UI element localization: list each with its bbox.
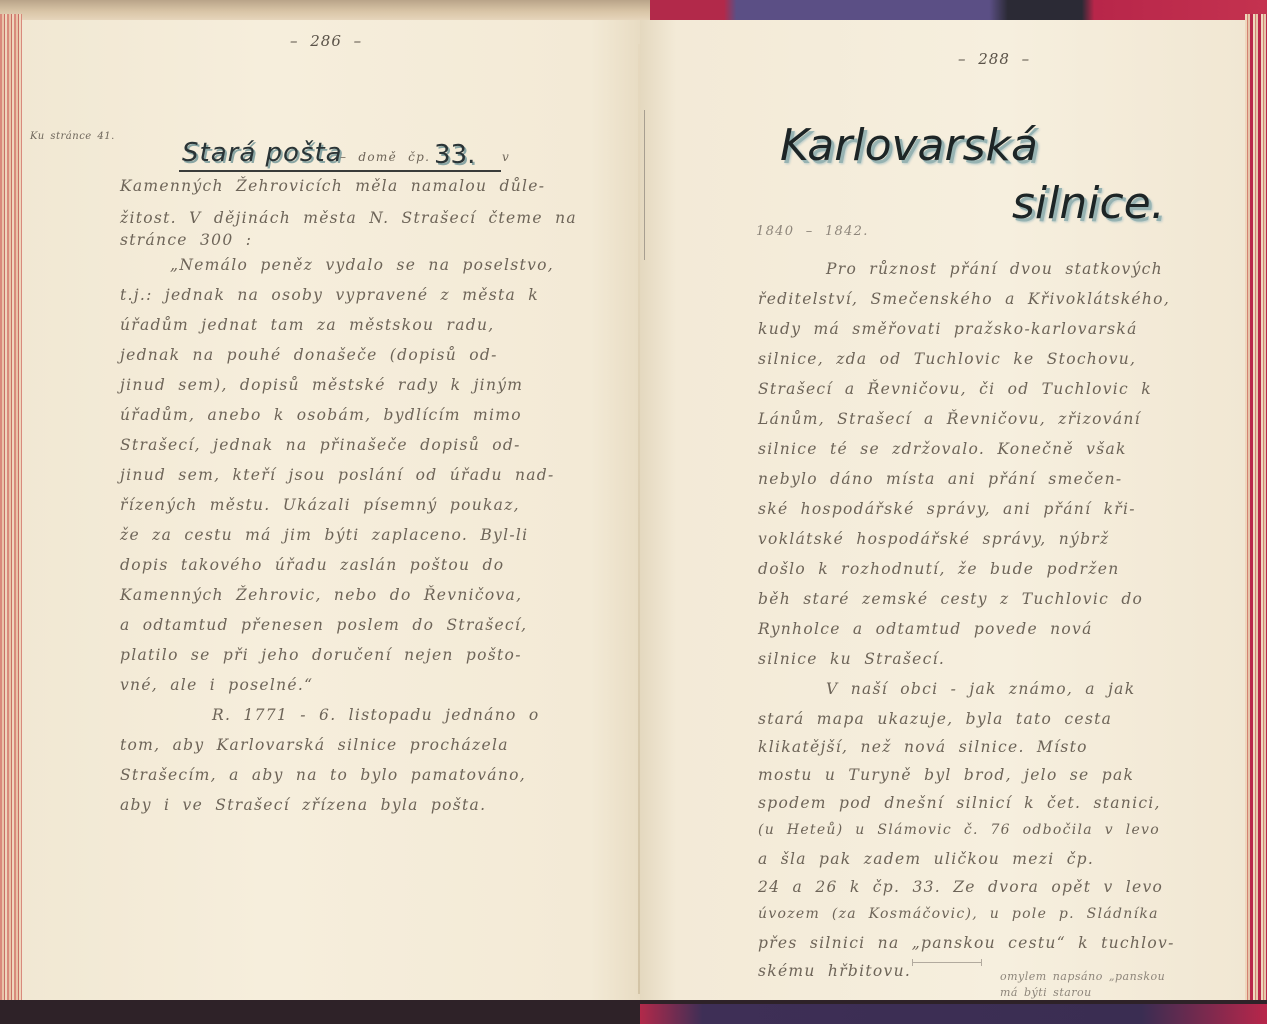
text-line: klikatější, než nová silnice. Místo — [758, 738, 1088, 756]
text-line: stará mapa ukazuje, byla tato cesta — [758, 710, 1112, 728]
page-stack-left — [0, 14, 22, 1004]
text-line: skému hřbitovu. — [758, 962, 911, 980]
text-line: aby i ve Strašecí zřízena byla pošta. — [120, 796, 486, 814]
pencil-reference-bracket — [912, 962, 982, 963]
text-line: a odtamtud přenesen poslem do Strašecí, — [120, 616, 527, 634]
text-line: „Nemálo peněz vydalo se na poselstvo, — [170, 256, 554, 274]
text-line: V naší obci - jak známo, a jak — [826, 680, 1135, 698]
text-line: došlo k rozhodnutí, že bude podržen — [758, 560, 1120, 578]
text-line: vné, ale i poselné.“ — [120, 676, 313, 694]
margin-rule — [644, 110, 645, 260]
section-title-left: Stará pošta — [182, 138, 343, 168]
text-line: žitost. V dějinách města N. Strašecí čte… — [120, 209, 577, 227]
pencil-correction-note-line1: omylem napsáno „panskou — [1000, 970, 1165, 983]
book-cover-bottom-right — [640, 1004, 1267, 1024]
text-line: úřadům jednat tam za městskou radu, — [120, 316, 495, 334]
page-number-left: – 286 – — [290, 32, 362, 50]
text-line: Pro různost přání dvou statkových — [826, 260, 1163, 278]
text-line: 24 a 26 k čp. 33. Ze dvora opět v levo — [758, 878, 1163, 896]
title-trailing: v — [502, 150, 510, 164]
text-line: že za cestu má jim býti zaplaceno. Byl-l… — [120, 526, 528, 544]
text-line: přes silnici na „panskou cestu“ k tuchlo… — [758, 934, 1175, 952]
text-line: mostu u Turyně byl brod, jelo se pak — [758, 766, 1134, 784]
text-line: úřadům, anebo k osobám, bydlícím mimo — [120, 406, 522, 424]
text-line: voklátské hospodářské správy, nýbrž — [758, 530, 1109, 548]
text-line: R. 1771 - 6. listopadu jednáno o — [212, 706, 540, 724]
text-line: silnice, zda od Tuchlovic ke Stochovu, — [758, 350, 1136, 368]
text-line: Kamenných Žehrovicích měla namalou důle- — [120, 177, 545, 195]
text-line: Strašecí, jednak na přinašeče dopisů od- — [120, 436, 521, 454]
text-line: ředitelství, Smečenského a Křivoklátskéh… — [758, 290, 1170, 308]
text-line: silnice té se zdržovalo. Konečně však — [758, 440, 1127, 458]
section-title-right-line2: silnice. — [1012, 178, 1165, 229]
text-line: (u Heteů) u Slámovic č. 76 odbočila v le… — [758, 822, 1160, 838]
text-line: dopis takového úřadu zaslán poštou do — [120, 556, 504, 574]
right-page: – 288 – Karlovarská silnice. 1840 – 1842… — [640, 20, 1245, 1000]
text-line: řízených městu. Ukázali písemný poukaz, — [120, 496, 520, 514]
title-underline — [179, 170, 501, 172]
page-number-right: – 288 – — [958, 50, 1030, 68]
pencil-correction-note-line2: má býti starou — [1000, 986, 1092, 999]
text-line: Lánům, Strašecí a Řevničovu, zřizování — [758, 410, 1141, 428]
text-line: tom, aby Karlovarská silnice procházela — [120, 736, 509, 754]
text-line: Rynholce a odtamtud povede nová — [758, 620, 1093, 638]
text-line: úvozem (za Kosmáčovic), u pole p. Sládní… — [758, 906, 1159, 922]
text-line: Strašecí a Řevničovu, či od Tuchlovic k — [758, 380, 1152, 398]
text-line: jednak na pouhé donašeče (dopisů od- — [120, 346, 498, 364]
text-line: ské hospodářské správy, ani přání kři- — [758, 500, 1136, 518]
text-line: nebylo dáno místa ani přání smečen- — [758, 470, 1122, 488]
text-line: platilo se při jeho doručení nejen pošto… — [120, 646, 522, 664]
date-range: 1840 – 1842. — [756, 224, 869, 239]
section-title-right-line1: Karlovarská — [780, 120, 1038, 171]
open-book: – 286 – Ku stránce 41. Stará pošta – dom… — [0, 14, 1267, 1004]
page-stack-right — [1245, 14, 1267, 1004]
text-line: t.j.: jednak na osoby vypravené z města … — [120, 286, 539, 304]
text-line: běh staré zemské cesty z Tuchlovic do — [758, 590, 1143, 608]
house-number: 33. — [434, 140, 475, 170]
left-page: – 286 – Ku stránce 41. Stará pošta – dom… — [22, 20, 640, 1000]
text-line: Kamenných Žehrovic, nebo do Řevničova, — [120, 586, 522, 604]
text-line: silnice ku Strašecí. — [758, 650, 945, 668]
text-line: stránce 300 : — [120, 231, 252, 249]
text-line: kudy má směřovati pražsko-karlovarská — [758, 320, 1138, 338]
text-line: jinud sem), dopisů městské rady k jiným — [120, 376, 523, 394]
margin-note: Ku stránce 41. — [30, 131, 115, 142]
text-line: jinud sem, kteří jsou poslání od úřadu n… — [120, 466, 555, 484]
text-line: spodem pod dnešní silnicí k čet. stanici… — [758, 794, 1161, 812]
title-connector: – domě čp. — [340, 150, 430, 164]
text-line: Strašecím, a aby na to bylo pamatováno, — [120, 766, 526, 784]
text-line: a šla pak zadem uličkou mezi čp. — [758, 850, 1094, 868]
